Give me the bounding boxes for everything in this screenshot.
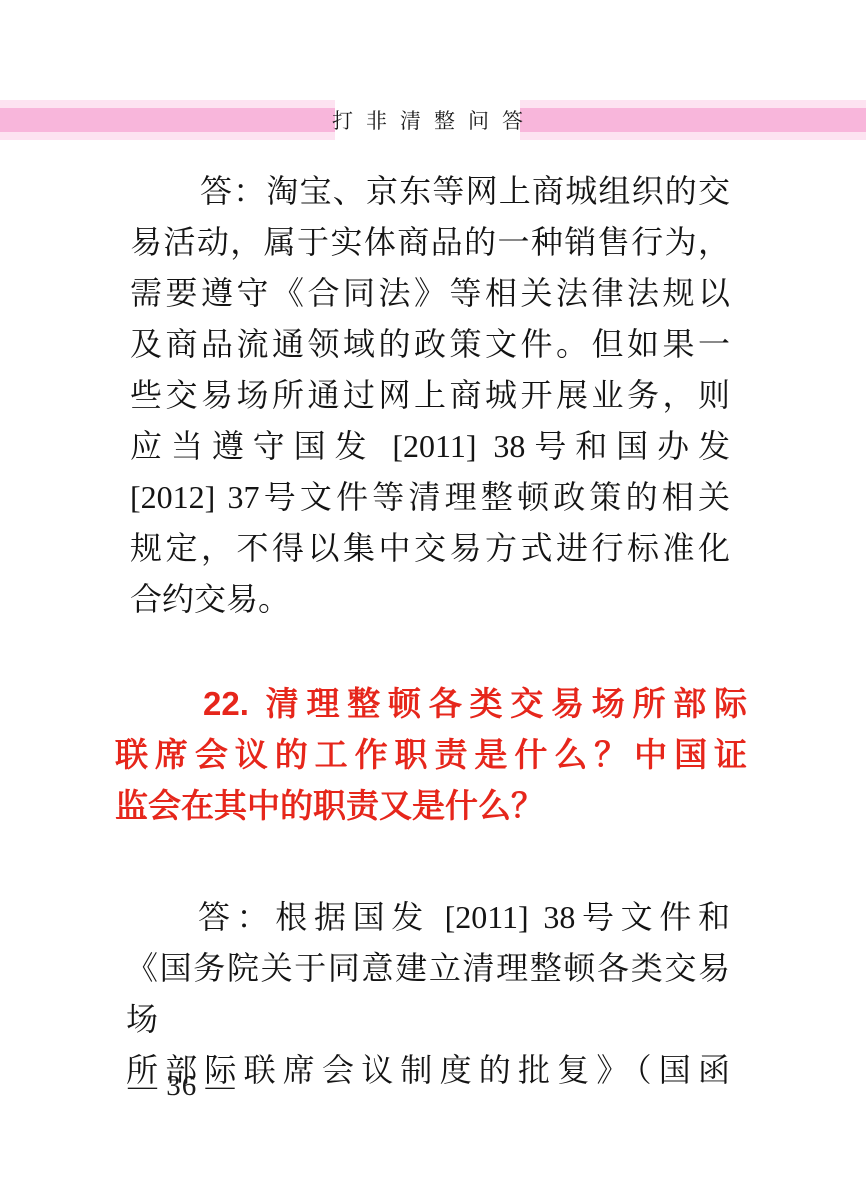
- text-line: 需要遵守《合同法》等相关法律法规以: [130, 268, 730, 319]
- text-line: 合约交易。: [130, 574, 730, 625]
- text-line: 《国务院关于同意建立清理整顿各类交易场: [126, 943, 730, 1045]
- text-line: 规定，不得以集中交易方式进行标准化: [130, 523, 730, 574]
- text-line: 些交易场所通过网上商城开展业务，则: [130, 370, 730, 421]
- page-header: 打非清整问答: [335, 98, 520, 142]
- text-line: 答：淘宝、京东等网上商城组织的交: [130, 166, 730, 217]
- running-title: 打非清整问答: [332, 105, 536, 135]
- text-line: [2012] 37号文件等清理整顿政策的相关: [130, 472, 730, 523]
- heading-line: 联席会议的工作职责是什么？中国证: [115, 729, 747, 780]
- text-line: 及商品流通领域的政策文件。但如果一: [130, 319, 730, 370]
- answer-paragraph-2: 答：根据国发 [2011] 38号文件和 《国务院关于同意建立清理整顿各类交易场…: [126, 892, 730, 1096]
- heading-line: 监会在其中的职责又是什么？: [115, 780, 747, 831]
- text-line: 应当遵守国发 [2011] 38号和国办发: [130, 421, 730, 472]
- answer-paragraph-1: 答：淘宝、京东等网上商城组织的交 易活动，属于实体商品的一种销售行为， 需要遵守…: [130, 166, 730, 625]
- page-number: — 36 —: [128, 1070, 236, 1103]
- question-22-heading: 22. 清理整顿各类交易场所部际 联席会议的工作职责是什么？中国证 监会在其中的…: [115, 678, 747, 831]
- heading-line: 22. 清理整顿各类交易场所部际: [115, 678, 747, 729]
- text-line: 答：根据国发 [2011] 38号文件和: [126, 892, 730, 943]
- text-line: 易活动，属于实体商品的一种销售行为，: [130, 217, 730, 268]
